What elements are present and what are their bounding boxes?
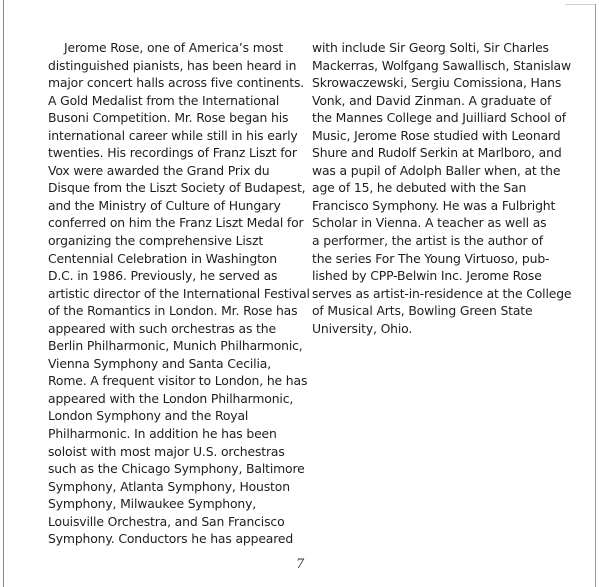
text-line: Mackerras, Wolfgang Sawallisch, Stanisla… [312,57,571,75]
page-edge-left [3,0,4,587]
text-line: Centennial Celebration in Washington [48,250,310,268]
text-line: D.C. in 1986. Previously, he served as [48,267,310,285]
text-line: soloist with most major U.S. orchestras [48,443,310,461]
text-line: the series For The Young Virtuoso, pub- [312,250,571,268]
text-line: Vonk, and David Zinman. A graduate of [312,92,571,110]
text-line: Francisco Symphony. He was a Fulbright [312,197,571,215]
text-line: Skrowaczewski, Sergiu Comissiona, Hans [312,74,571,92]
text-line: London Symphony and the Royal [48,407,310,425]
text-line: age of 15, he debuted with the San [312,179,571,197]
text-line: major concert halls across five continen… [48,74,310,92]
text-line: Music, Jerome Rose studied with Leonard [312,127,571,145]
text-line: Vox were awarded the Grand Prix du [48,162,310,180]
text-line: of Musical Arts, Bowling Green State [312,302,571,320]
text-line: lished by CPP-Belwin Inc. Jerome Rose [312,267,571,285]
text-line: and the Ministry of Culture of Hungary [48,197,310,215]
text-line: Vienna Symphony and Santa Cecilia, [48,355,310,373]
text-line: conferred on him the Franz Liszt Medal f… [48,214,310,232]
text-line: serves as artist-in-residence at the Col… [312,285,571,303]
text-line: such as the Chicago Symphony, Baltimore [48,460,310,478]
text-line: Disque from the Liszt Society of Budapes… [48,179,310,197]
text-line: appeared with the London Philharmonic, [48,390,310,408]
text-line: Jerome Rose, one of America’s most [48,39,310,57]
text-line: Rome. A frequent visitor to London, he h… [48,372,310,390]
text-line: was a pupil of Adolph Baller when, at th… [312,162,571,180]
text-line: of the Romantics in London. Mr. Rose has [48,302,310,320]
right-text-column: with include Sir Georg Solti, Sir Charle… [312,39,571,337]
text-line: University, Ohio. [312,320,571,338]
text-line: a performer, the artist is the author of [312,232,571,250]
text-line: Symphony, Atlanta Symphony, Houston [48,478,310,496]
text-line: Symphony, Milwaukee Symphony, [48,495,310,513]
text-line: with include Sir Georg Solti, Sir Charle… [312,39,571,57]
text-line: Symphony. Conductors he has appeared [48,530,310,548]
text-line: Philharmonic. In addition he has been [48,425,310,443]
page-number: 7 [296,557,304,572]
text-line: Scholar in Vienna. A teacher as well as [312,214,571,232]
text-line: organizing the comprehensive Liszt [48,232,310,250]
text-line: Shure and Rudolf Serkin at Marlboro, and [312,144,571,162]
text-line: Busoni Competition. Mr. Rose began his [48,109,310,127]
text-line: distinguished pianists, has been heard i… [48,57,310,75]
text-line: the Mannes College and Juilliard School … [312,109,571,127]
text-line: A Gold Medalist from the International [48,92,310,110]
text-line: twenties. His recordings of Franz Liszt … [48,144,310,162]
page-edge-top [565,4,595,5]
text-line: Louisville Orchestra, and San Francisco [48,513,310,531]
left-text-column: Jerome Rose, one of America’s most disti… [48,39,310,548]
text-line: Berlin Philharmonic, Munich Philharmonic… [48,337,310,355]
page-edge-right [595,4,596,587]
text-line: artistic director of the International F… [48,285,310,303]
text-line: international career while still in his … [48,127,310,145]
text-line: appeared with such orchestras as the [48,320,310,338]
